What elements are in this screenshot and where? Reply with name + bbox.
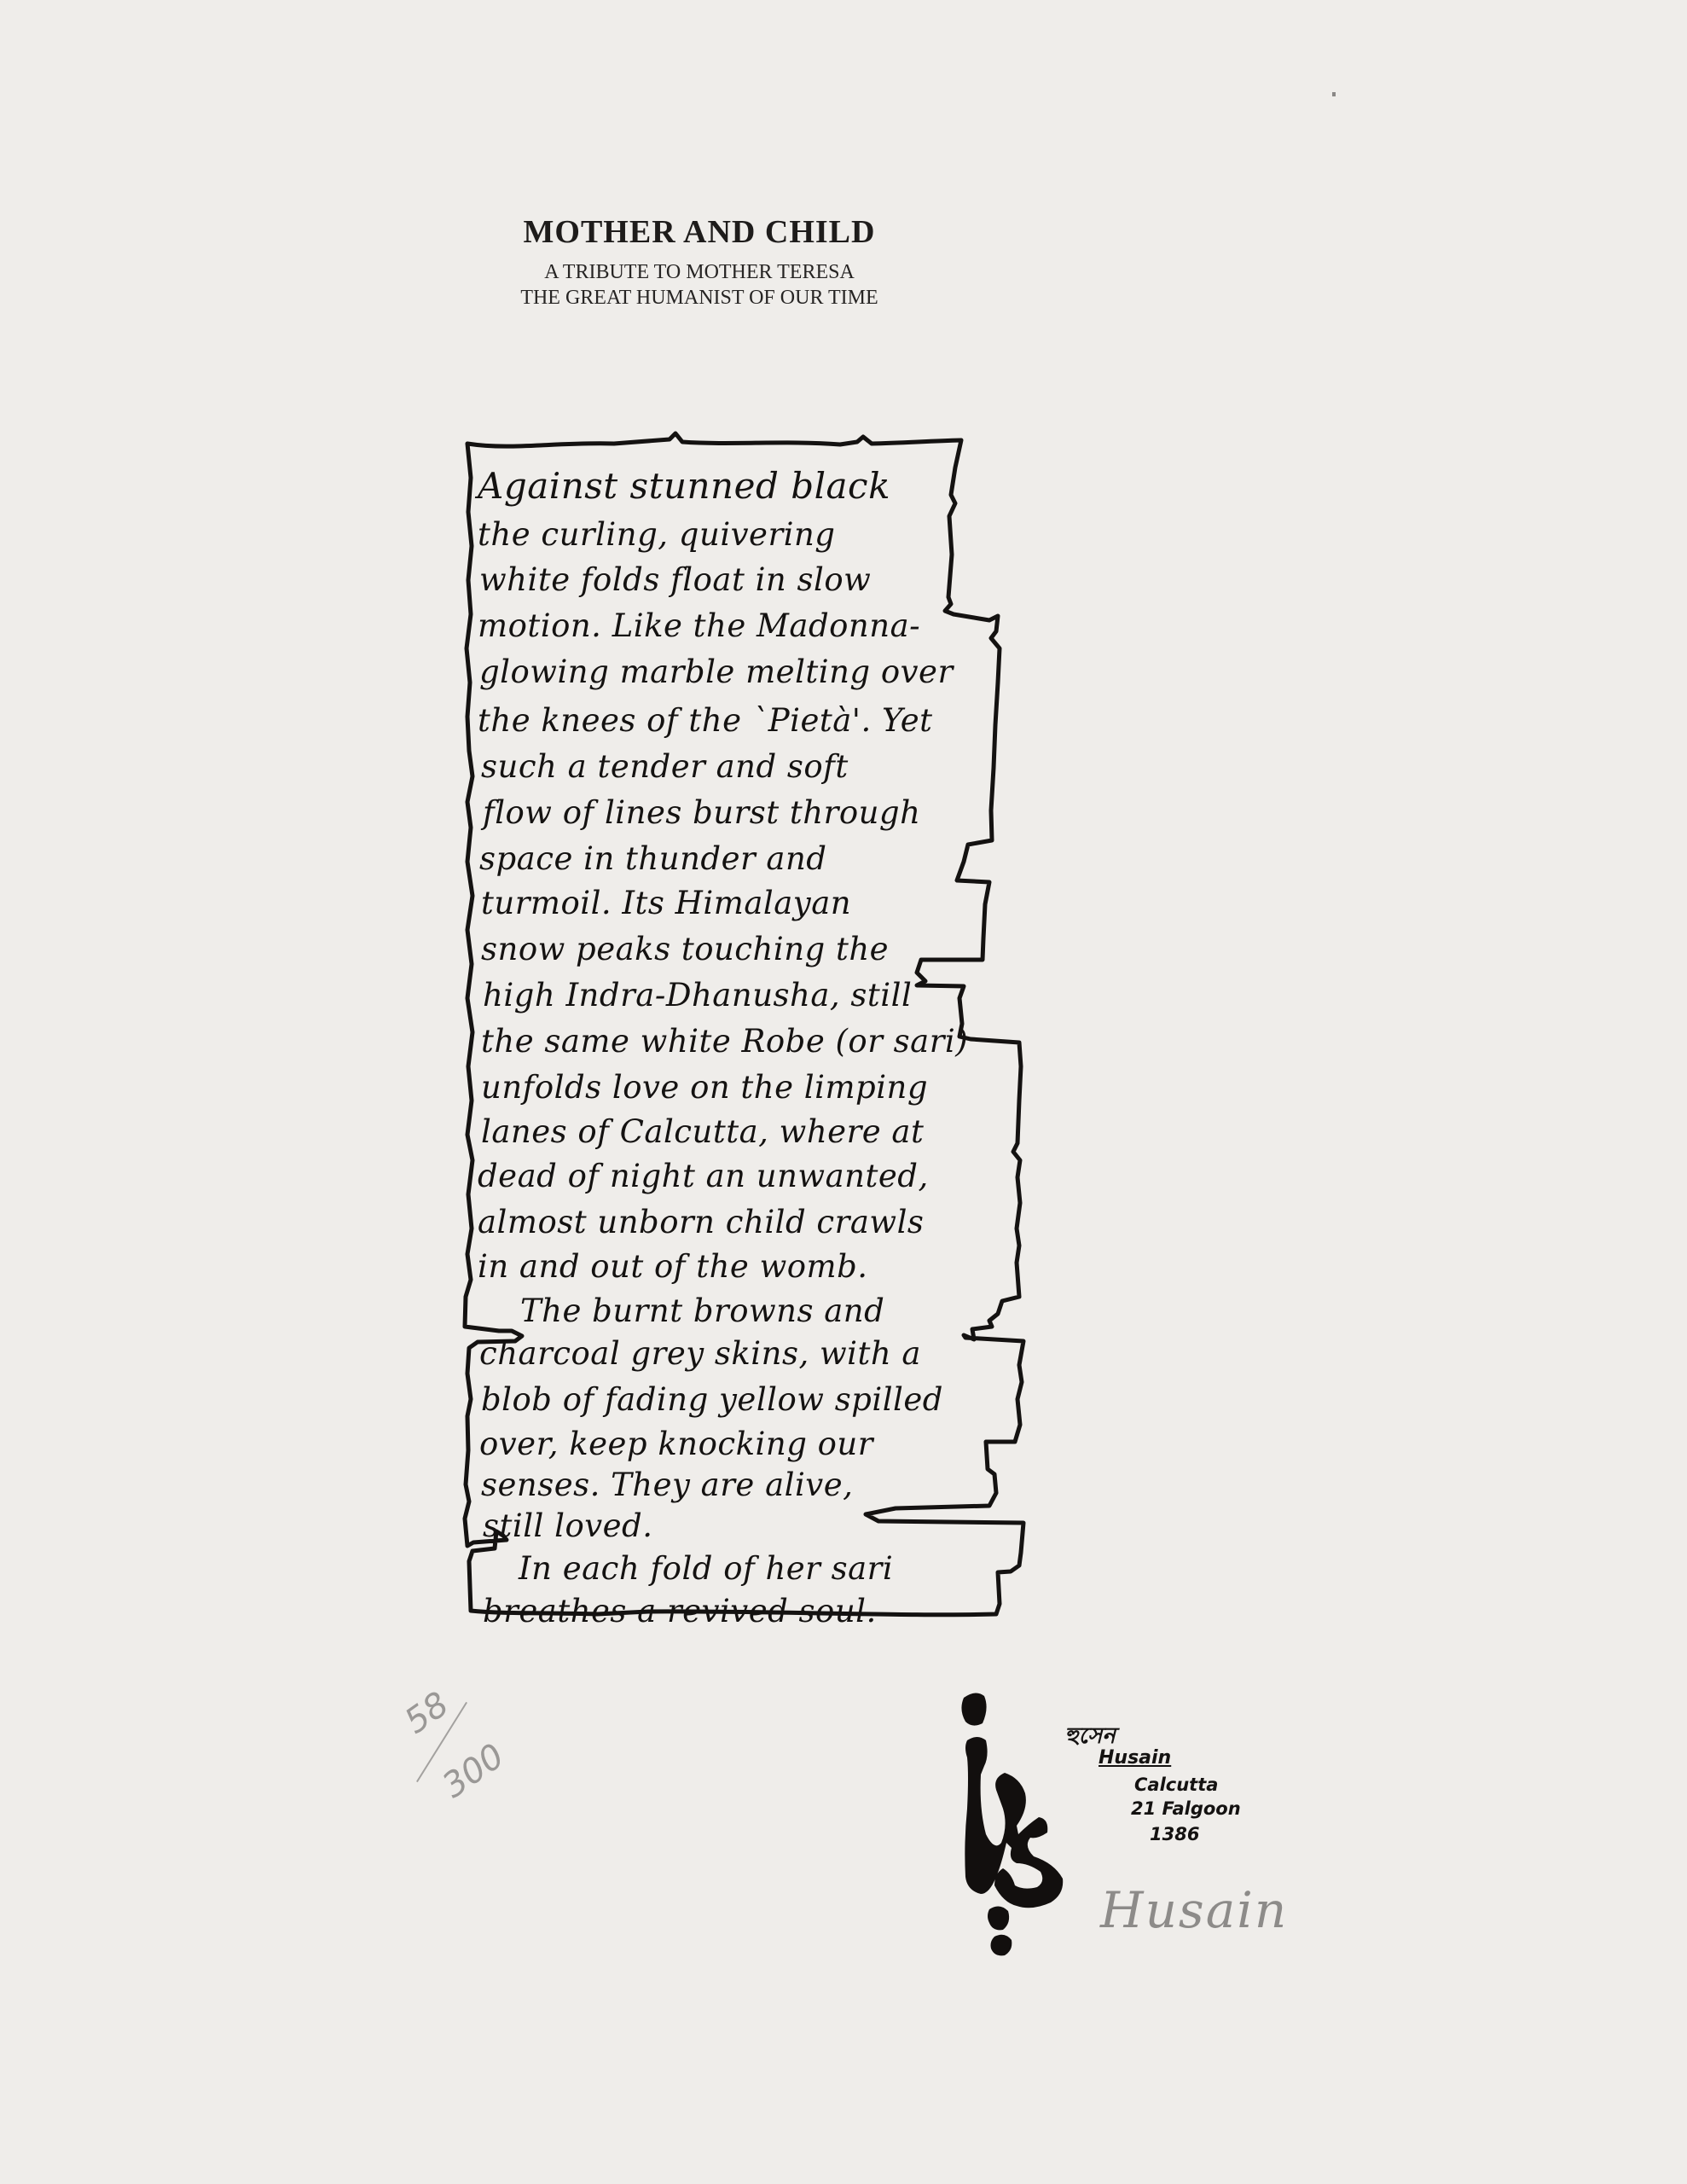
pencil-signature: Husain	[1100, 1881, 1288, 1939]
poem-line: the knees of the `Pietà'. Yet	[478, 702, 932, 739]
poem-line: still loved.	[483, 1507, 652, 1544]
poem-line: flow of lines burst through	[483, 794, 920, 831]
poem-line: blob of fading yellow spilled	[481, 1381, 943, 1418]
poem-line: breathes a revived soul.	[483, 1593, 877, 1629]
poem-line: dead of night an unwanted,	[478, 1158, 929, 1194]
poem-line: glowing marble melting over	[479, 653, 954, 690]
inscription-year: 1386	[1150, 1824, 1199, 1844]
poem-line: turmoil. Its Himalayan	[481, 885, 851, 921]
poem-line: unfolds love on the limping	[481, 1069, 928, 1106]
poem-line: The burnt browns and	[520, 1292, 884, 1329]
poem-line: the same white Robe (or sari)	[481, 1023, 968, 1060]
poem-line: almost unborn child crawls	[478, 1204, 924, 1240]
poem-line: snow peaks touching the	[481, 931, 889, 967]
poem-line: senses. They are alive,	[481, 1467, 853, 1503]
poem-line: such a tender and soft	[481, 748, 849, 785]
poem-line: in and out of the womb.	[478, 1248, 868, 1285]
poem-line: the curling, quivering	[478, 516, 835, 553]
inscription-date: 21 Falgoon	[1131, 1798, 1241, 1819]
poem-line: white folds float in slow	[479, 561, 871, 598]
poem-line: Against stunned black	[478, 465, 890, 507]
edition-number: 58 300	[388, 1685, 507, 1804]
poem-line: In each fold of her sari	[519, 1550, 893, 1587]
poem-line: motion. Like the Madonna-	[478, 607, 920, 644]
poem-line: space in thunder and	[479, 840, 827, 877]
ink-calligraphy-mark-icon	[955, 1689, 1075, 1962]
paper-speck	[1332, 92, 1336, 96]
edition-total: 300	[436, 1736, 512, 1805]
poem-line: high Indra-Dhanusha, still	[483, 977, 912, 1014]
poem-line: lanes of Calcutta, where at	[481, 1113, 924, 1150]
poem-line: over, keep knocking our	[479, 1426, 873, 1462]
inscription-place: Calcutta	[1134, 1774, 1218, 1795]
poem-line: charcoal grey skins, with a	[479, 1335, 921, 1372]
inscription-name: Husain	[1099, 1747, 1171, 1769]
